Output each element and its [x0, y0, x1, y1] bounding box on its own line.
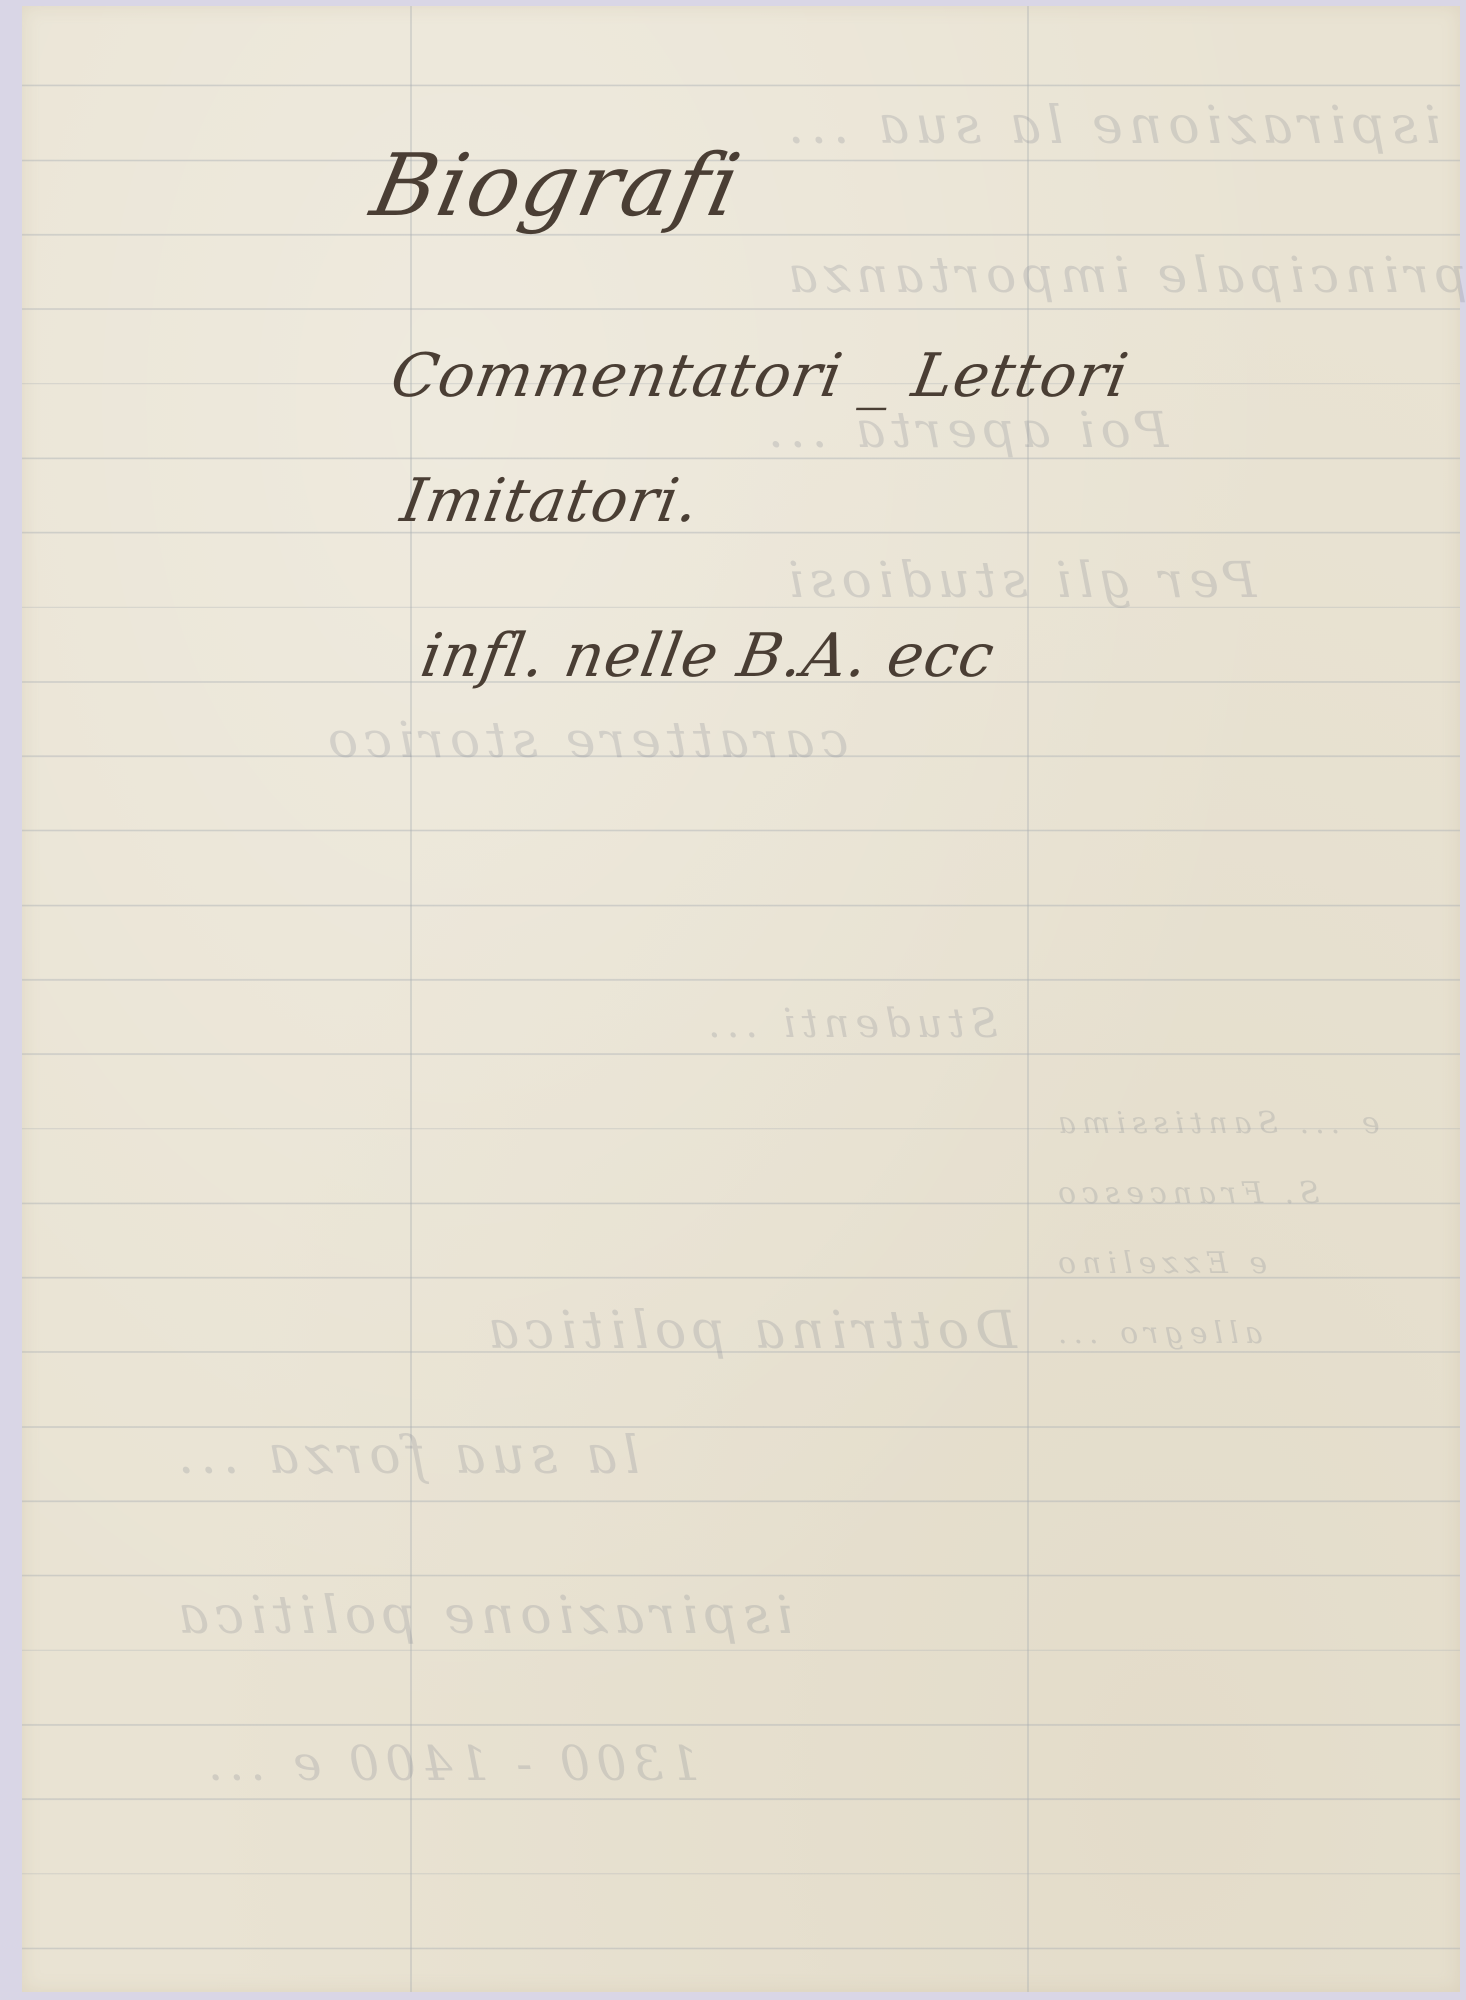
bleed-through-text: Dottrina politica	[482, 1301, 1017, 1361]
bleed-through-text: e ... Santissima	[1052, 1106, 1380, 1141]
bleed-through-text: e Ezzelino	[1052, 1246, 1267, 1281]
bleed-through-text: carattere storico	[322, 711, 849, 769]
bleed-through-text: 1300 - 1400 e ...	[202, 1736, 700, 1792]
left-margin-line	[410, 6, 412, 1992]
bleed-through-text: allegro ...	[1052, 1316, 1263, 1351]
bleed-through-text: la sua forza ...	[172, 1426, 640, 1486]
bleed-through-text: Per gli studiosi	[782, 551, 1256, 609]
bleed-through-text: ispirazione politica	[172, 1586, 793, 1646]
line-imitatori: Imitatori.	[396, 466, 705, 536]
line-commentatori-lettori: Commentatori _ Lettori	[386, 341, 1134, 411]
heading-biografi: Biografi	[363, 136, 750, 236]
line-influenze: infl. nelle B.A. ecc	[416, 621, 1000, 691]
bleed-through-text: principale importanza	[782, 246, 1466, 304]
bleed-through-text: ispirazione la sua ...	[782, 96, 1441, 156]
bleed-through-text: Studenti ...	[702, 1001, 998, 1047]
bleed-through-text: S. Francesco	[1052, 1176, 1320, 1211]
manuscript-sheet: ispirazione la sua ... principale import…	[22, 6, 1460, 1992]
